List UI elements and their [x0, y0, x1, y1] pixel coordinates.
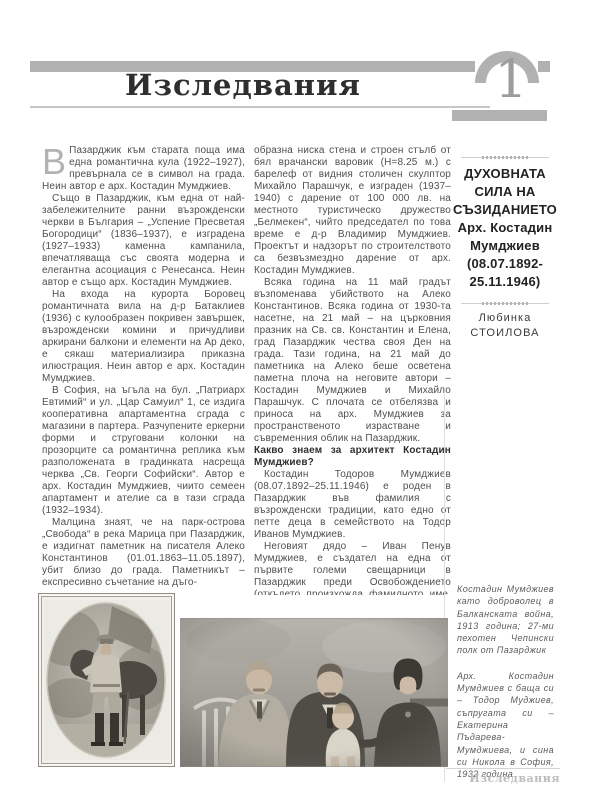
article-subheading: Какво знаем за архитект Костадин Мумджие…: [254, 445, 451, 469]
paragraph: Малцина знаят, че на парк-острова „Свобо…: [42, 517, 245, 589]
sidebar-title-line: СЪЗИДАНИЕТО: [453, 201, 557, 219]
header-rule: [30, 106, 490, 108]
family-photo-illustration: [180, 618, 448, 767]
section-title: Изследвания: [118, 68, 368, 102]
dropcap-letter: В: [42, 146, 66, 178]
author-last-name: СТОИЛОВА: [453, 326, 557, 341]
header-bar-right: [538, 61, 550, 72]
article-column-middle: образна ниска стена и строен стълб от бя…: [254, 145, 451, 595]
photo-family-portrait: [180, 618, 448, 767]
sidebar-article-title: ДУХОВНАТА СИЛА НА СЪЗИДАНИЕТО Арх. Коста…: [453, 165, 557, 291]
soldier-photo-illustration: [44, 599, 169, 761]
sidebar-article-subtitle: Арх. Костадин Мумджиев: [453, 219, 557, 255]
paragraph-text: Пазарджик към старата поща има една рома…: [42, 145, 245, 192]
squiggle-ornament-icon: [482, 156, 528, 159]
article-column-left: ВПазарджик към старата поща има една ром…: [42, 145, 245, 595]
sidebar-title-line: СИЛА НА: [453, 183, 557, 201]
paragraph: образна ниска стена и строен стълб от бя…: [254, 145, 451, 277]
footer-rule: [446, 768, 560, 769]
footer-section-label: Изследвания: [446, 772, 560, 785]
sidebar-ornament-top: [461, 157, 549, 159]
paragraph: Неговият дядо – Иван Пенув Мумджиев, е с…: [254, 541, 451, 595]
paragraph: Също в Пазарджик, към една от най-забеле…: [42, 193, 245, 289]
paragraph: ВПазарджик към старата поща има една ром…: [42, 145, 245, 193]
paragraph: Всяка година на 11 май градът възпоменав…: [254, 277, 451, 445]
author-byline: Любинка СТОИЛОВА: [453, 311, 557, 341]
sidebar-article-dates: (08.07.1892-25.11.1946): [453, 255, 557, 291]
photo-caption-soldier: Костадин Мумджиев като доброволец в Балк…: [457, 583, 554, 657]
page-number: 1: [491, 52, 531, 108]
paragraph: В София, на ъгъла на бул. „Патриарх Евти…: [42, 385, 245, 517]
header-bar-secondary: [452, 110, 547, 121]
photo-soldier-with-horse: [38, 593, 175, 767]
photo-caption-family: Арх. Костадин Мумджиев с баща си – Тодор…: [457, 670, 554, 781]
author-first-name: Любинка: [453, 311, 557, 326]
magazine-page: 1 Изследвания ВПазарджик към старата пощ…: [0, 0, 600, 800]
squiggle-ornament-icon: [482, 302, 528, 305]
paragraph: Костадин Тодоров Мумджиев (08.07.1892–25…: [254, 469, 451, 541]
sidebar-ornament-middle: [461, 303, 549, 305]
sidebar-title-line: ДУХОВНАТА: [453, 165, 557, 183]
paragraph: На входа на курорта Боровец романтичната…: [42, 289, 245, 385]
photo-captions: Костадин Мумджиев като доброволец в Балк…: [457, 583, 554, 793]
